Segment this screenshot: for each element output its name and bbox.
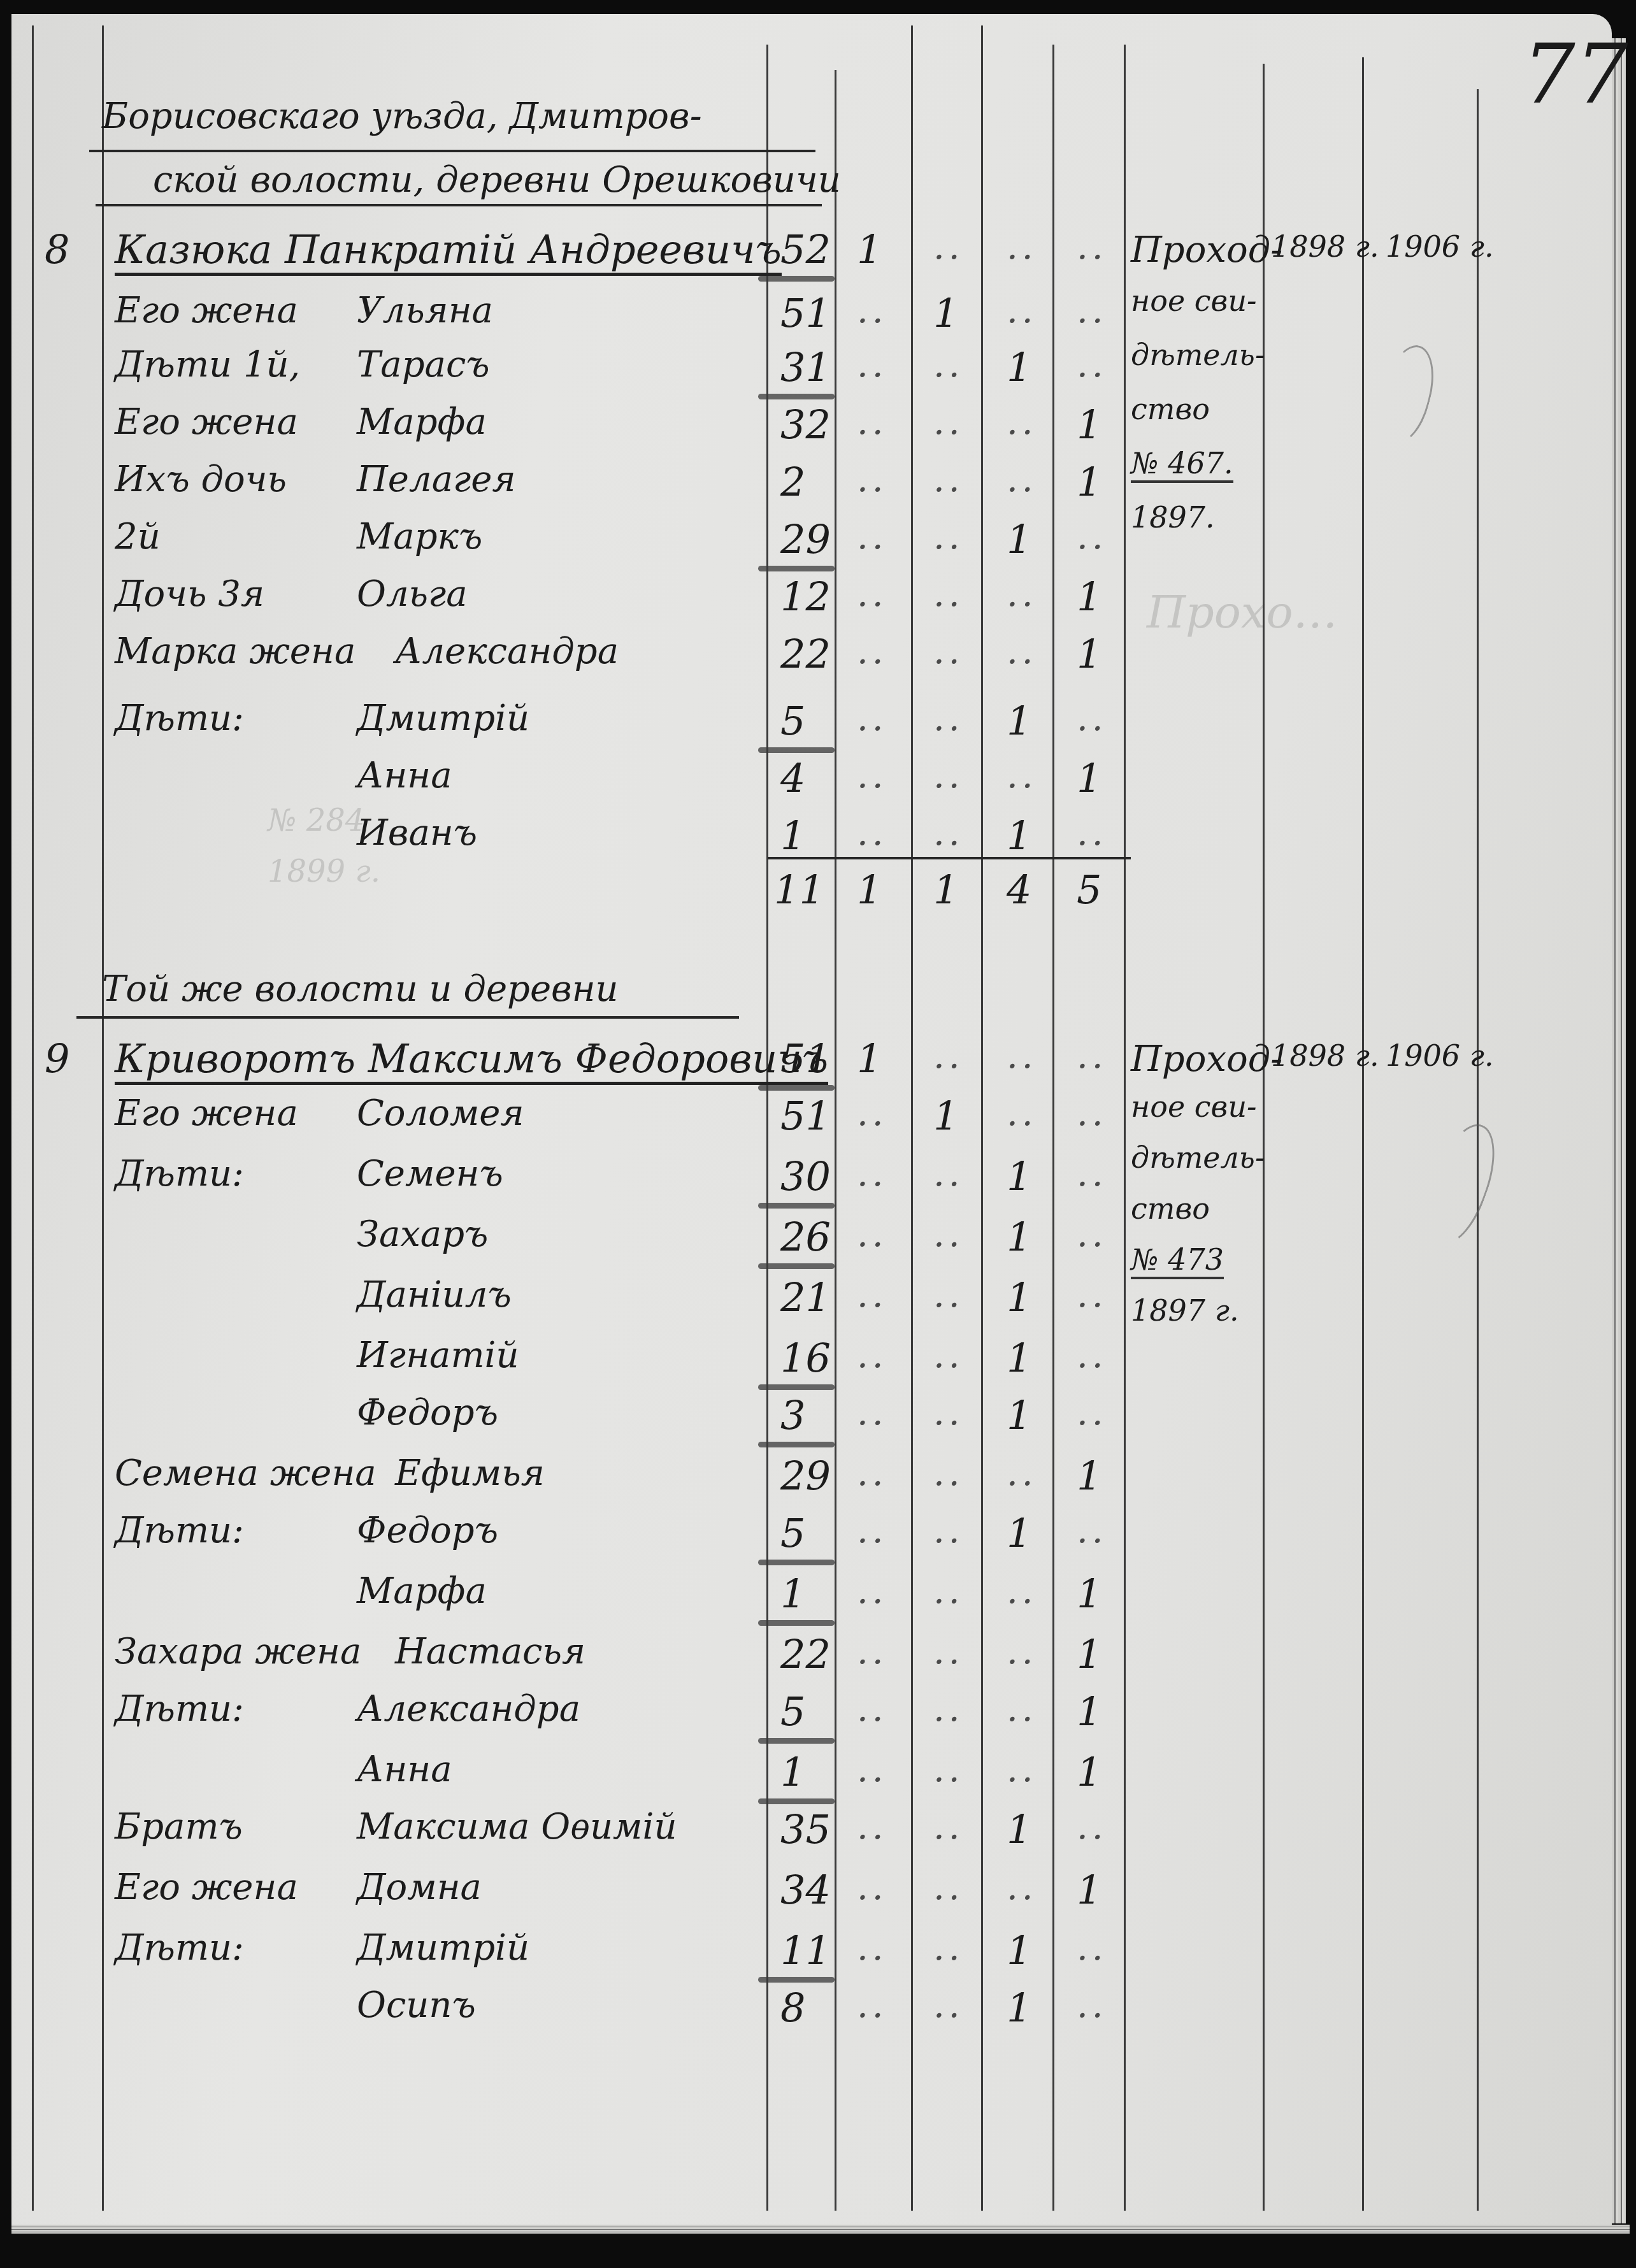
relation-label: Дѣти: [115, 1927, 244, 1969]
person-name: Настасья [395, 1631, 585, 1672]
relation-label: Его жена [115, 401, 298, 443]
passport-note: ное сви- [1131, 283, 1257, 318]
relation-label: Его жена [115, 1093, 298, 1134]
column-rule [32, 25, 34, 2211]
tally-cell: .. [857, 1749, 887, 1790]
tally-cell: 1 [1077, 573, 1101, 620]
tally-cell: .. [857, 631, 887, 672]
person-name: Дмитрій [357, 698, 529, 739]
person-name: Анна [357, 755, 452, 796]
tally-cell: .. [1007, 1631, 1037, 1672]
person-name: Домна [357, 1867, 482, 1908]
tally-cell: .. [933, 1335, 964, 1376]
page-number: 77 [1523, 25, 1628, 122]
person-name: Дмитрій [357, 1927, 529, 1969]
relation-label: Дочь 3я [115, 573, 264, 615]
passport-note: дѣтель- [1131, 1140, 1265, 1175]
year-arrival: 1898 г. [1271, 229, 1379, 264]
age-cell: 2 [780, 459, 805, 505]
age-cell: 51 [780, 1035, 831, 1082]
tally-cell: .. [1007, 1867, 1037, 1908]
tally-cell: .. [1077, 1274, 1107, 1316]
passport-note: Проход- [1131, 1038, 1282, 1080]
relation-label: Его жена [115, 1867, 298, 1908]
relation-label: Захара жена [115, 1631, 361, 1672]
tally-cell: .. [857, 1927, 887, 1969]
age-mark [758, 1203, 835, 1209]
family-number: 8 [45, 226, 69, 273]
tally-cell: 1 [1007, 698, 1031, 744]
tally-cell: .. [857, 1867, 887, 1908]
age-cell: 22 [780, 631, 831, 677]
person-name: Марфа [357, 401, 487, 443]
tally-cell: 1 [1077, 1749, 1101, 1795]
tally-cell: .. [1007, 1749, 1037, 1790]
tally-cell: 1 [1077, 401, 1101, 448]
tally-cell: .. [933, 631, 964, 672]
age-cell: 31 [780, 344, 831, 391]
year-record: 1906 г. [1386, 229, 1494, 264]
total-cell: 4 [1007, 866, 1031, 913]
tally-cell: .. [933, 459, 964, 500]
tally-cell: .. [933, 1035, 964, 1077]
tally-cell: .. [1007, 1688, 1037, 1730]
tally-cell: .. [1077, 812, 1107, 854]
age-cell: 1 [780, 812, 805, 859]
passport-note: дѣтель- [1131, 338, 1265, 372]
total-cell: 1 [933, 866, 958, 913]
tally-cell: .. [857, 755, 887, 796]
year-arrival: 1898 г. [1271, 1038, 1379, 1073]
age-cell: 29 [780, 516, 831, 563]
tally-cell: .. [1077, 516, 1107, 557]
district-header: ской волости, деревни Орешковичи [153, 159, 841, 201]
person-name: Казюка Панкратій Андреевичъ [115, 226, 782, 276]
age-cell: 52 [780, 226, 831, 273]
age-cell: 30 [780, 1153, 831, 1200]
tally-cell: .. [933, 1867, 964, 1908]
age-cell: 32 [780, 401, 831, 448]
relation-label: Братъ [115, 1806, 243, 1848]
tally-cell: 1 [1007, 812, 1031, 859]
tally-cell: 1 [1007, 1335, 1031, 1381]
tally-cell: .. [857, 401, 887, 443]
age-cell: 5 [780, 1510, 805, 1556]
tally-cell: .. [857, 516, 887, 557]
age-mark [758, 1085, 835, 1091]
person-name: Криворотъ Максимъ Федоровичъ [115, 1035, 828, 1085]
tally-cell: 1 [1007, 1153, 1031, 1200]
tally-cell: .. [857, 1335, 887, 1376]
tally-cell: .. [1007, 1570, 1037, 1612]
tally-cell: .. [857, 1214, 887, 1255]
tally-cell: .. [857, 459, 887, 500]
tally-cell: .. [857, 573, 887, 615]
tally-cell: .. [857, 1688, 887, 1730]
passport-note: 1897. [1131, 500, 1215, 535]
tally-cell: .. [1007, 1453, 1037, 1494]
tally-cell: 1 [1077, 1867, 1101, 1913]
tally-cell: .. [933, 1153, 964, 1195]
age-cell: 11 [780, 1927, 831, 1974]
tally-cell: 1 [1077, 1631, 1101, 1677]
tally-cell: 1 [1077, 631, 1101, 677]
tally-cell: 1 [1007, 1806, 1031, 1853]
tally-cell: .. [857, 1806, 887, 1848]
relation-label: Семена жена [115, 1453, 377, 1494]
tally-cell: .. [857, 1631, 887, 1672]
tally-cell: .. [857, 290, 887, 331]
column-rule [766, 45, 768, 2211]
tally-cell: .. [1077, 1153, 1107, 1195]
tally-cell: .. [1007, 631, 1037, 672]
header-underline [96, 204, 822, 206]
age-cell: 4 [780, 755, 805, 801]
person-name: Маркъ [357, 516, 482, 557]
column-rule [1263, 64, 1265, 2211]
tally-cell: .. [1007, 1035, 1037, 1077]
tally-cell: .. [857, 1570, 887, 1612]
age-mark [758, 1384, 835, 1390]
tally-cell: .. [857, 1093, 887, 1134]
tally-cell: .. [1007, 226, 1037, 268]
tally-cell: .. [933, 344, 964, 385]
age-cell: 26 [780, 1214, 831, 1260]
age-mark [758, 1738, 835, 1744]
person-name: Федоръ [357, 1392, 498, 1433]
tally-cell: .. [933, 1631, 964, 1672]
tally-cell: 1 [1007, 344, 1031, 391]
age-mark [758, 1442, 835, 1447]
tally-cell: .. [1077, 1335, 1107, 1376]
total-cell: 11 [774, 866, 824, 913]
tally-cell: .. [857, 1984, 887, 2026]
tally-cell: .. [933, 1749, 964, 1790]
relation-label: 2й [115, 516, 161, 557]
tally-cell: .. [933, 1806, 964, 1848]
tally-cell: .. [933, 226, 964, 268]
age-cell: 8 [780, 1984, 805, 2031]
age-mark [758, 394, 835, 399]
passport-note: № 467. [1131, 446, 1233, 483]
age-cell: 51 [780, 290, 831, 336]
age-cell: 22 [780, 1631, 831, 1677]
tally-cell: .. [933, 573, 964, 615]
person-name: Марфа [357, 1570, 487, 1612]
column-rule [981, 25, 983, 2211]
age-cell: 51 [780, 1093, 831, 1139]
tally-cell: .. [933, 1392, 964, 1433]
tally-cell: .. [1077, 1510, 1107, 1551]
person-name: Федоръ [357, 1510, 498, 1551]
tally-cell: .. [933, 1984, 964, 2026]
tally-cell: .. [933, 516, 964, 557]
column-rule [835, 70, 836, 2211]
tally-cell: .. [933, 1274, 964, 1316]
person-name: Александра [357, 1688, 580, 1730]
relation-label: Его жена [115, 290, 298, 331]
tally-cell: .. [857, 1453, 887, 1494]
passport-note: ство [1131, 392, 1210, 426]
column-rule [1124, 45, 1126, 2211]
person-name: Ульяна [357, 290, 493, 331]
header-underline [89, 150, 815, 152]
tally-cell: .. [1007, 755, 1037, 796]
tally-cell: 1 [1007, 1927, 1031, 1974]
relation-label: Дѣти 1й, [115, 344, 300, 385]
page-edge-stack [1612, 38, 1626, 2223]
tally-cell: .. [933, 1688, 964, 1730]
column-rule [1362, 57, 1364, 2211]
tally-cell: .. [1077, 1927, 1107, 1969]
tally-cell: .. [1077, 1806, 1107, 1848]
tally-cell: .. [1007, 401, 1037, 443]
person-name: Ефимья [395, 1453, 545, 1494]
tally-cell: 1 [1077, 1570, 1101, 1617]
header-underline [76, 1016, 739, 1019]
tally-cell: .. [1007, 1093, 1037, 1134]
age-mark [758, 276, 835, 282]
passport-note: Проход- [1131, 229, 1282, 271]
tally-cell: 1 [1077, 1688, 1101, 1735]
passport-note: ство [1131, 1191, 1210, 1226]
tally-cell: .. [1077, 1392, 1107, 1433]
tally-cell: .. [933, 1453, 964, 1494]
person-name: Пелагея [357, 459, 516, 500]
tally-cell: .. [857, 1153, 887, 1195]
person-name: Тарасъ [357, 344, 490, 385]
tally-cell: .. [933, 1214, 964, 1255]
person-name: Иванъ [357, 812, 477, 854]
tally-cell: .. [1077, 1035, 1107, 1077]
tally-cell: .. [933, 1510, 964, 1551]
tally-cell: .. [857, 1392, 887, 1433]
tally-cell: .. [933, 1927, 964, 1969]
person-name: Максима Оѳимій [357, 1806, 677, 1848]
age-cell: 1 [780, 1570, 805, 1617]
person-name: Игнатій [357, 1335, 519, 1376]
tally-cell: 1 [1077, 1453, 1101, 1499]
tally-cell: .. [933, 812, 964, 854]
tally-cell: 1 [933, 290, 958, 336]
age-cell: 34 [780, 1867, 831, 1913]
age-cell: 5 [780, 1688, 805, 1735]
age-mark [758, 1263, 835, 1269]
tally-cell: 1 [1007, 1274, 1031, 1321]
age-mark [758, 747, 835, 753]
passport-note: 1897 г. [1131, 1293, 1239, 1328]
person-name: Соломея [357, 1093, 524, 1134]
relation-label: Дѣти: [115, 1510, 244, 1551]
age-mark [758, 1977, 835, 1983]
year-record: 1906 г. [1386, 1038, 1494, 1073]
tally-cell: .. [857, 698, 887, 739]
tally-cell: .. [1077, 1214, 1107, 1255]
tally-cell: 1 [933, 1093, 958, 1139]
age-mark [758, 566, 835, 571]
tally-cell: .. [1077, 226, 1107, 268]
tally-cell: .. [933, 698, 964, 739]
total-cell: 1 [857, 866, 882, 913]
age-cell: 12 [780, 573, 831, 620]
person-name: Захаръ [357, 1214, 488, 1255]
age-cell: 16 [780, 1335, 831, 1381]
passport-note: № 473 [1131, 1242, 1224, 1279]
age-cell: 5 [780, 698, 805, 744]
tally-cell: 1 [1007, 516, 1031, 563]
relation-label: Марка жена [115, 631, 355, 672]
tally-cell: 1 [1077, 755, 1101, 801]
person-name: Семенъ [357, 1153, 503, 1195]
age-cell: 21 [780, 1274, 831, 1321]
tally-cell: .. [1007, 290, 1037, 331]
tally-cell: .. [1077, 344, 1107, 385]
tally-cell: .. [1077, 1093, 1107, 1134]
tally-cell: .. [1007, 459, 1037, 500]
bleed-through-text: Прохо… [1147, 586, 1338, 638]
tally-cell: 1 [857, 226, 882, 273]
tally-cell: 1 [1007, 1510, 1031, 1556]
age-cell: 3 [780, 1392, 805, 1439]
tally-cell: 1 [1007, 1214, 1031, 1260]
age-mark [758, 1560, 835, 1565]
tally-cell: .. [857, 1274, 887, 1316]
tally-cell: .. [933, 401, 964, 443]
relation-label: Дѣти: [115, 698, 244, 739]
tally-cell: 1 [857, 1035, 882, 1082]
age-mark [758, 1798, 835, 1804]
age-cell: 1 [780, 1749, 805, 1795]
person-name: Анна [357, 1749, 452, 1790]
relation-label: Дѣти: [115, 1688, 244, 1730]
page-bottom-edge [11, 2225, 1630, 2234]
age-cell: 29 [780, 1453, 831, 1499]
person-name: Александра [395, 631, 619, 672]
tally-cell: 1 [1007, 1392, 1031, 1439]
tally-cell: .. [1077, 1984, 1107, 2026]
tally-cell: 1 [1077, 459, 1101, 505]
tally-cell: .. [857, 1510, 887, 1551]
total-cell: 5 [1077, 866, 1101, 913]
age-mark [758, 1620, 835, 1626]
column-rule [1052, 45, 1054, 2211]
family-number: 9 [45, 1035, 69, 1082]
tally-cell: .. [1007, 573, 1037, 615]
district-header: Той же волости и деревни [102, 968, 619, 1010]
bleed-through-text: 1899 г. [268, 854, 380, 889]
person-name: Ольга [357, 573, 468, 615]
person-name: Осипъ [357, 1984, 476, 2026]
totals-rule [768, 857, 1131, 859]
column-rule [102, 25, 104, 2211]
tally-cell: .. [857, 344, 887, 385]
tally-cell: 1 [1007, 1984, 1031, 2031]
passport-note: ное сви- [1131, 1089, 1257, 1124]
district-header: Борисовскаго уѣзда, Дмитров- [102, 96, 702, 137]
tally-cell: .. [1077, 290, 1107, 331]
tally-cell: .. [857, 812, 887, 854]
age-cell: 35 [780, 1806, 831, 1853]
bleed-through-text: № 284 [268, 803, 364, 838]
tally-cell: .. [933, 755, 964, 796]
relation-label: Ихъ дочь [115, 459, 287, 500]
column-rule [911, 25, 913, 2211]
tally-cell: .. [933, 1570, 964, 1612]
tally-cell: .. [1077, 698, 1107, 739]
relation-label: Дѣти: [115, 1153, 244, 1195]
person-name: Даніилъ [357, 1274, 512, 1316]
